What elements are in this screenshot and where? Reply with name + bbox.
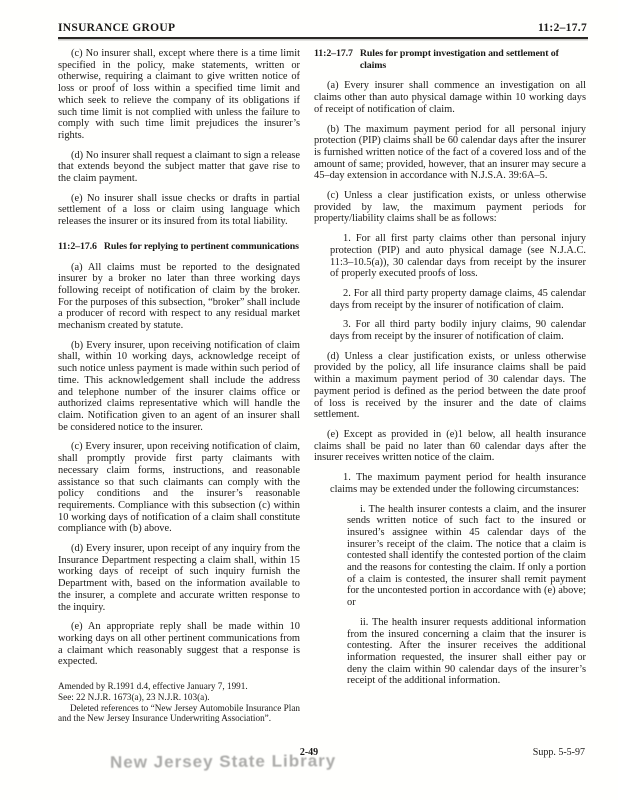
supplement-date: Supp. 5-5-97 <box>533 747 585 758</box>
paragraph-17-7-a: (a) Every insurer shall commence an inve… <box>314 80 586 115</box>
paragraph-17-7-d: (d) Unless a clear justification exists,… <box>314 351 586 421</box>
section-heading-17-7: 11:2–17.7 Rules for prompt investigation… <box>314 48 586 71</box>
paragraph-17-6-e: (e) An appropriate reply shall be made w… <box>58 621 300 668</box>
section-title: Rules for replying to pertinent communic… <box>104 241 300 253</box>
paragraph-17-6-a: (a) All claims must be reported to the d… <box>58 262 300 332</box>
running-header-title: INSURANCE GROUP <box>58 22 175 34</box>
running-header: INSURANCE GROUP 11:2–17.7 <box>58 22 587 34</box>
list-item-17-7-c1: 1. For all first party claims other than… <box>330 233 586 280</box>
header-rule <box>58 37 588 39</box>
deletion-note: Deleted references to “New Jersey Automo… <box>58 703 300 725</box>
paragraph-17-7-e: (e) Except as provided in (e)1 below, al… <box>314 429 586 464</box>
paragraph-17-5-e: (e) No insurer shall issue checks or dra… <box>58 193 300 228</box>
see-reference-note: See: 22 N.J.R. 1673(a), 23 N.J.R. 103(a)… <box>58 692 300 703</box>
paragraph-17-6-d: (d) Every insurer, upon receipt of any i… <box>58 543 300 613</box>
section-number: 11:2–17.7 <box>314 48 353 71</box>
list-item-17-7-c2: 2. For all third party property damage c… <box>330 288 586 311</box>
page-body: (c) No insurer shall, except where there… <box>58 48 586 724</box>
paragraph-17-7-b: (b) The maximum payment period for all p… <box>314 124 586 183</box>
paragraph-17-7-c: (c) Unless a clear justification exists,… <box>314 190 586 225</box>
left-column: (c) No insurer shall, except where there… <box>58 48 300 724</box>
paragraph-17-5-d: (d) No insurer shall request a claimant … <box>58 150 300 185</box>
document-page: INSURANCE GROUP 11:2–17.7 (c) No insurer… <box>0 0 618 800</box>
running-header-section: 11:2–17.7 <box>538 22 587 34</box>
right-column: 11:2–17.7 Rules for prompt investigation… <box>314 48 586 724</box>
paragraph-17-6-c: (c) Every insurer, upon receiving notifi… <box>58 441 300 535</box>
section-heading-17-6: 11:2–17.6 Rules for replying to pertinen… <box>58 241 300 253</box>
section-title: Rules for prompt investigation and settl… <box>360 48 586 71</box>
history-notes: Amended by R.1991 d.4, effective January… <box>58 681 300 724</box>
list-item-17-7-e1: 1. The maximum payment period for health… <box>330 472 586 495</box>
paragraph-17-6-b: (b) Every insurer, upon receiving notifi… <box>58 340 300 434</box>
amendment-note: Amended by R.1991 d.4, effective January… <box>58 681 300 692</box>
list-item-17-7-c3: 3. For all third party bodily injury cla… <box>330 319 586 342</box>
section-number: 11:2–17.6 <box>58 241 97 253</box>
list-item-17-7-e1-ii: ii. The health insurer requests addition… <box>347 617 586 687</box>
list-item-17-7-e1-i: i. The health insurer contests a claim, … <box>347 504 586 609</box>
paragraph-17-5-c: (c) No insurer shall, except where there… <box>58 48 300 142</box>
library-stamp-watermark: New Jersey State Library <box>110 751 336 773</box>
